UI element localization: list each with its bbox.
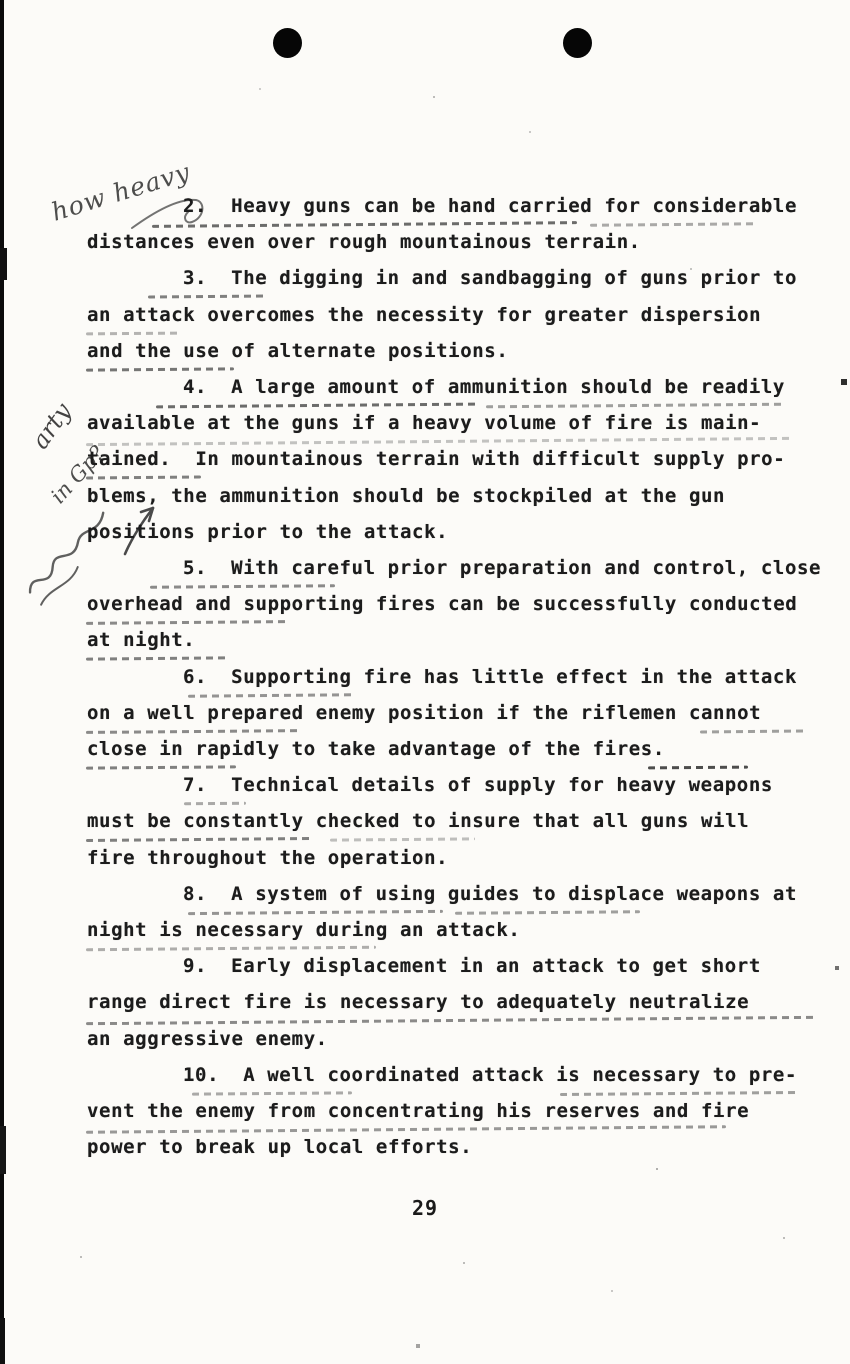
- pencil-underline: [700, 729, 805, 733]
- paragraph-item-4: 4. A large amount of ammunition should b…: [87, 369, 837, 550]
- scan-edge-artifact: [0, 248, 7, 280]
- scan-edge-artifact: [0, 1126, 6, 1174]
- hole-punch-right: [563, 28, 592, 58]
- page-number: 29: [0, 1196, 850, 1220]
- paragraph-item-6: 6. Supporting fire has little effect in …: [87, 659, 837, 768]
- paragraph-item-9: 9. Early displacement in an attack to ge…: [87, 948, 837, 1057]
- paragraph-item-7: 7. Technical details of supply for heavy…: [87, 767, 837, 876]
- document-page: how heavy arty in Gp? 2. Heavy guns can …: [0, 0, 850, 1364]
- handwritten-note-left-line1: arty: [26, 398, 77, 454]
- pencil-underline: [86, 331, 181, 335]
- paragraph-item-10: 10. A well coordinated attack is necessa…: [87, 1057, 837, 1166]
- paragraph-item-5: 5. With careful prior preparation and co…: [87, 550, 837, 659]
- scan-specks: [0, 0, 2, 2]
- hole-punch-left: [273, 28, 302, 58]
- paragraph-item-3: 3. The digging in and sandbagging of gun…: [87, 260, 837, 369]
- scan-edge-artifact: [0, 1318, 5, 1364]
